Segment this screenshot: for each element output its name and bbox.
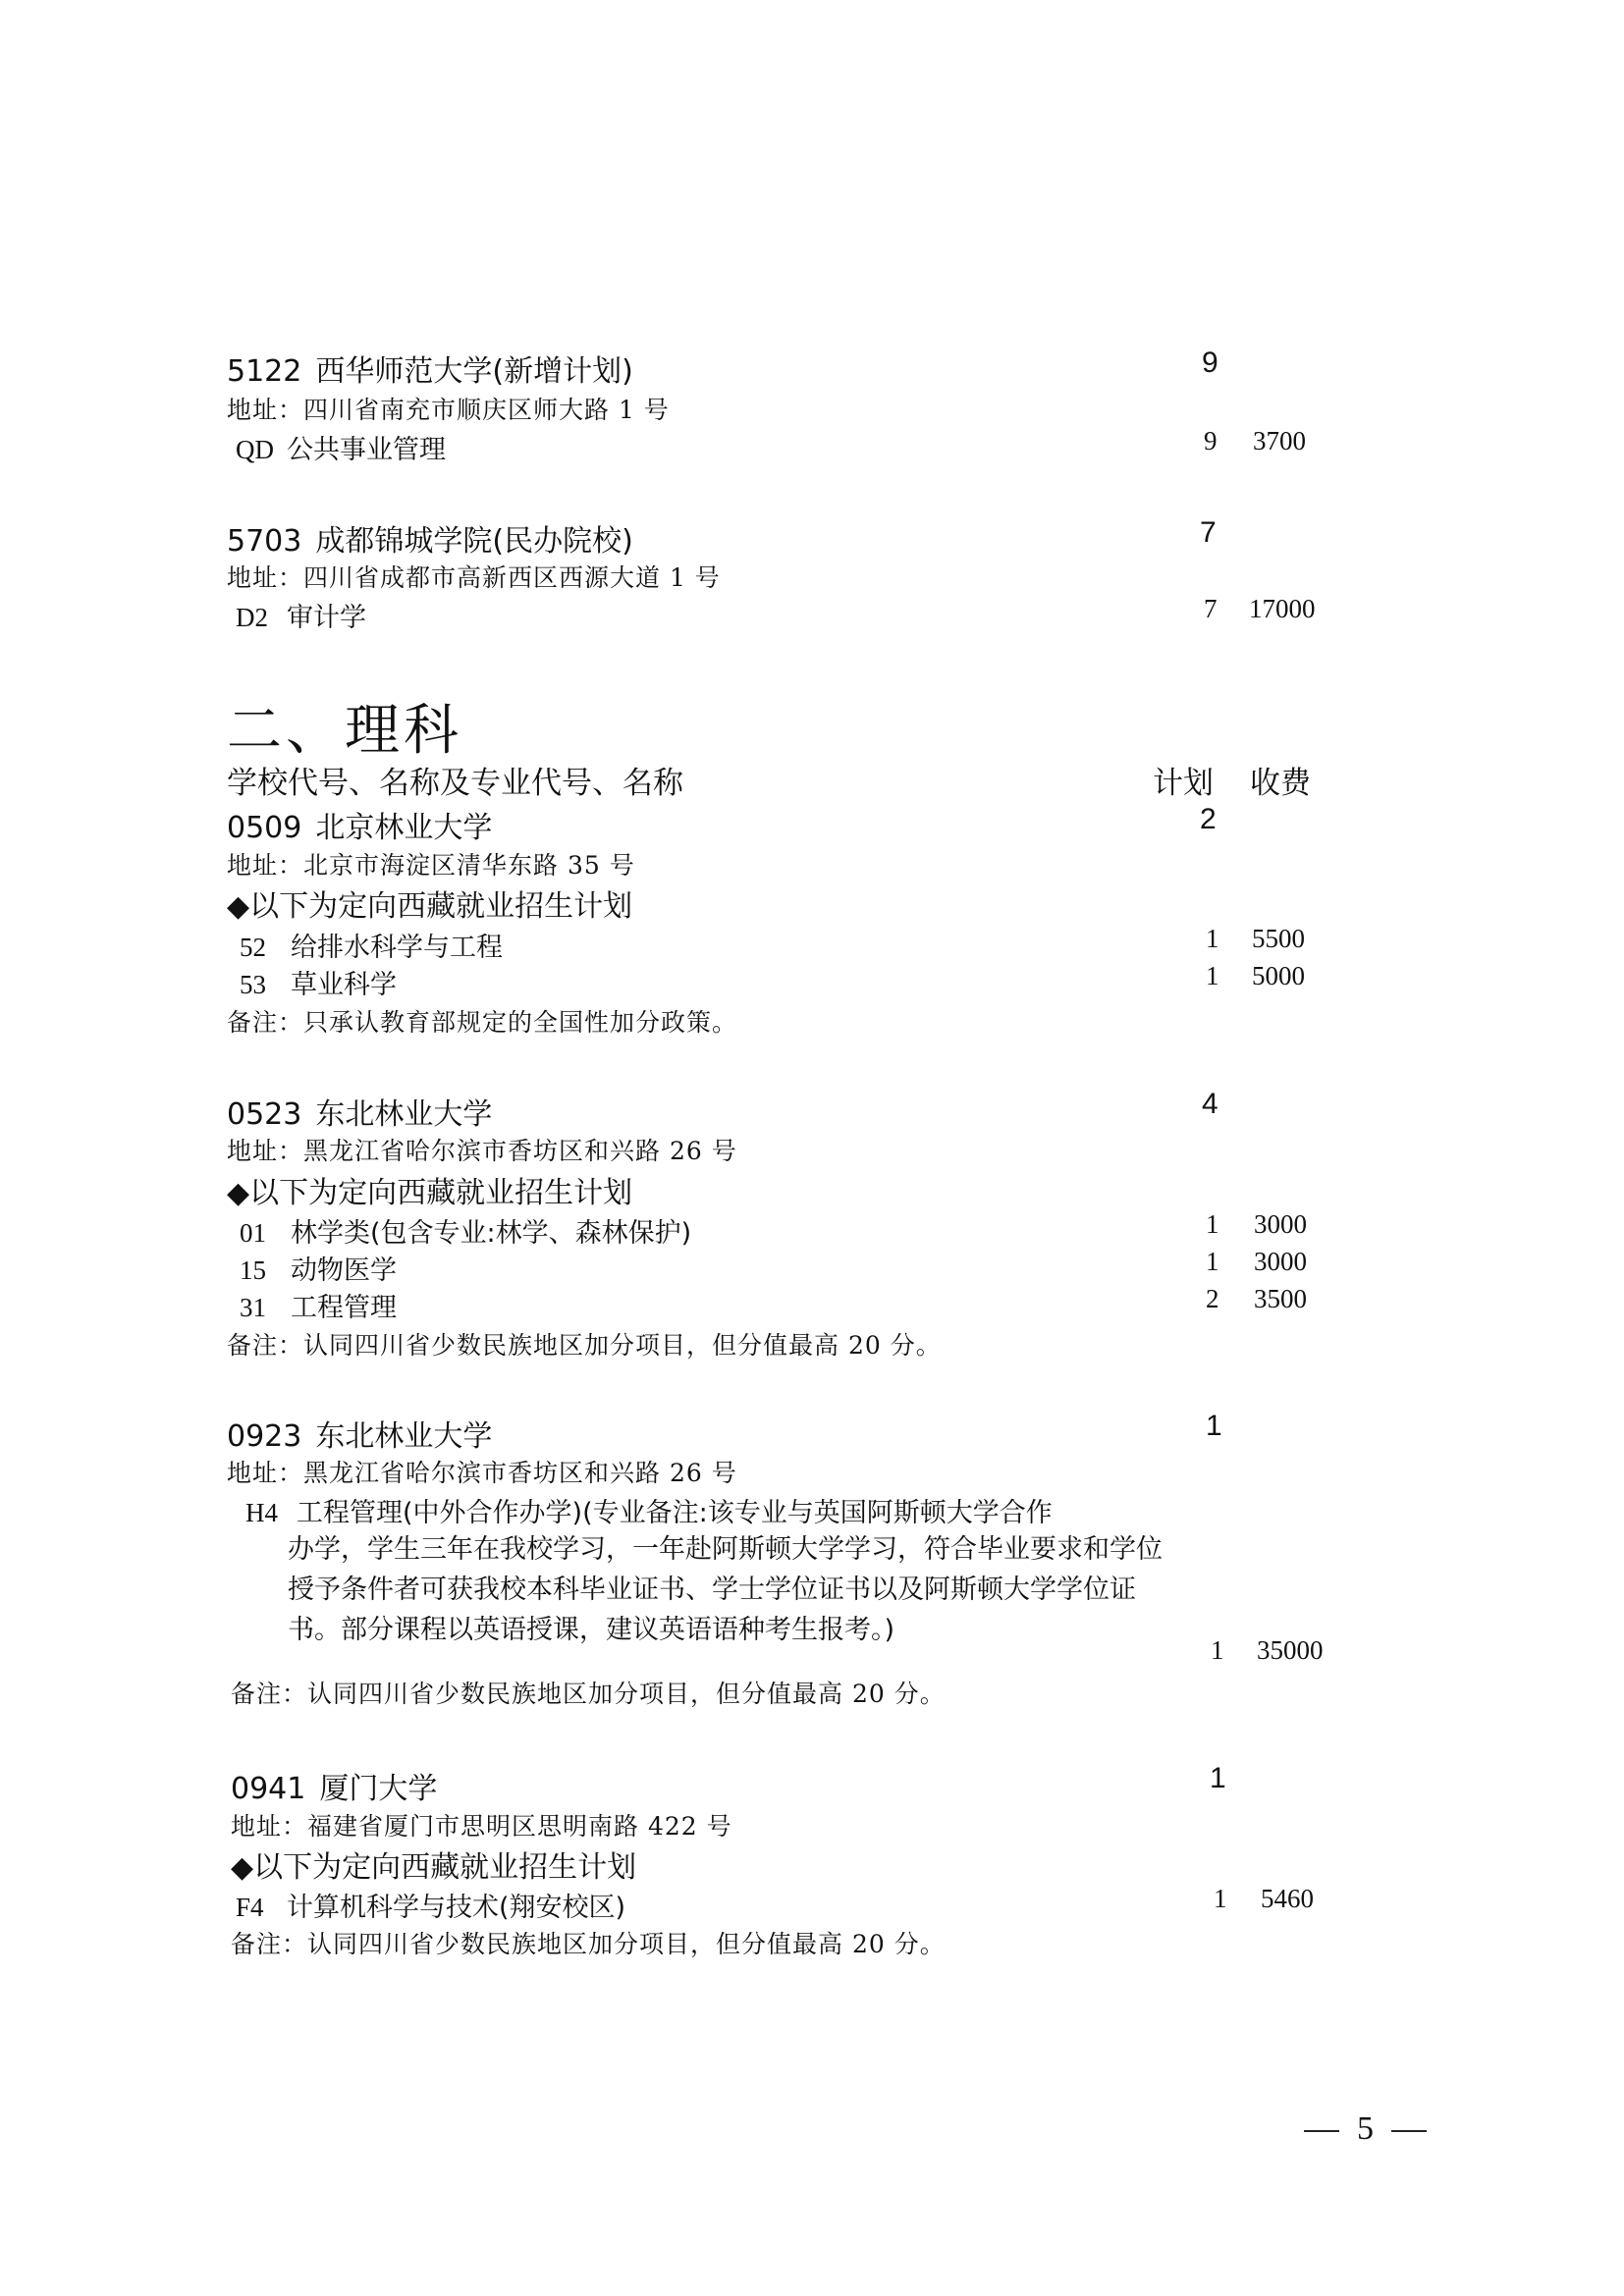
major-row: 31工程管理 [240, 1286, 397, 1324]
tibet-plan-label: ◆以下为定向西藏就业招生计划 [227, 881, 632, 925]
major-plan: 1 [1206, 924, 1219, 954]
school-plan: 9 [1202, 347, 1218, 380]
section-title: 二、理科 [227, 687, 462, 766]
column-header-name: 学校代号、名称及专业代号、名称 [227, 758, 683, 802]
dash-right [1391, 2130, 1427, 2132]
major-name: 工程管理(中外合作办学)(专业备注:该专业与英国阿斯顿大学合作 [297, 1498, 1053, 1528]
major-fee: 3000 [1254, 1247, 1307, 1277]
major-plan: 1 [1211, 1635, 1224, 1666]
major-code: 53 [240, 970, 283, 1000]
school-name: 北京林业大学 [315, 811, 492, 845]
school-heading-5703: 5703成都锦城学院(民办院校) [227, 516, 633, 560]
column-header-plan: 计划 [1153, 758, 1214, 802]
major-row: 53草业科学 [240, 963, 397, 1001]
major-name: 林学类(包含专业:林学、森林保护) [291, 1218, 691, 1249]
major-name: 审计学 [287, 603, 366, 633]
major-plan: 2 [1206, 1284, 1219, 1314]
school-name: 厦门大学 [319, 1772, 437, 1806]
school-plan: 1 [1206, 1410, 1222, 1443]
tibet-plan-label: ◆以下为定向西藏就业招生计划 [231, 1842, 636, 1886]
school-name: 西华师范大学(新增计划) [315, 354, 632, 389]
tibet-plan-label: ◆以下为定向西藏就业招生计划 [227, 1168, 632, 1211]
major-name: 公共事业管理 [287, 435, 446, 465]
major-code: QD [236, 435, 279, 465]
school-name: 东北林业大学 [315, 1097, 492, 1132]
school-note: 备注：认同四川省少数民族地区加分项目，但分值最高 20 分。 [231, 1675, 946, 1710]
school-note: 备注：只承认教育部规定的全国性加分政策。 [227, 1003, 737, 1039]
major-fee: 5500 [1252, 924, 1305, 954]
school-plan: 4 [1202, 1088, 1218, 1121]
major-row: QD公共事业管理 [236, 428, 446, 466]
school-address: 地址：四川省南充市顺庆区师大路 1 号 [227, 391, 670, 426]
school-heading-0923: 0923东北林业大学 [227, 1412, 492, 1455]
school-address: 地址：福建省厦门市思明区思明南路 422 号 [231, 1807, 732, 1842]
school-name: 东北林业大学 [315, 1419, 492, 1454]
school-heading-0941: 0941厦门大学 [231, 1764, 437, 1807]
major-row: F4计算机科学与技术(翔安校区) [236, 1886, 625, 1924]
school-address: 地址：北京市海淀区清华东路 35 号 [227, 846, 635, 881]
major-code: H4 [245, 1498, 289, 1528]
major-code: 31 [240, 1293, 283, 1323]
major-row: 01林学类(包含专业:林学、森林保护) [240, 1211, 691, 1250]
major-code: 15 [240, 1255, 283, 1286]
major-name: 给排水科学与工程 [291, 933, 503, 963]
major-row: H4工程管理(中外合作办学)(专业备注:该专业与英国阿斯顿大学合作 [245, 1491, 1053, 1529]
school-code: 5703 [227, 524, 301, 559]
major-fee: 5460 [1261, 1884, 1314, 1914]
page-number: 5 [1286, 2110, 1444, 2148]
page-number-value: 5 [1357, 2110, 1374, 2147]
major-plan: 1 [1214, 1884, 1227, 1914]
column-header-fee: 收费 [1250, 758, 1311, 802]
major-fee: 5000 [1252, 961, 1305, 991]
major-fee: 3000 [1254, 1209, 1307, 1240]
major-plan: 7 [1204, 594, 1218, 624]
major-plan: 9 [1204, 426, 1218, 456]
major-code: F4 [236, 1893, 279, 1923]
school-code: 0509 [227, 811, 301, 845]
major-code: 01 [240, 1218, 283, 1249]
school-address: 地址：黑龙江省哈尔滨市香坊区和兴路 26 号 [227, 1132, 737, 1167]
school-heading-0523: 0523东北林业大学 [227, 1090, 492, 1133]
school-code: 0923 [227, 1419, 301, 1454]
dash-left [1304, 2130, 1339, 2132]
school-plan: 1 [1210, 1762, 1226, 1795]
major-plan: 1 [1206, 1247, 1219, 1277]
major-name: 动物医学 [291, 1255, 397, 1286]
school-code: 0523 [227, 1097, 301, 1132]
major-name: 工程管理 [291, 1293, 397, 1323]
school-code: 0941 [231, 1772, 305, 1806]
school-plan: 2 [1200, 803, 1217, 836]
major-code: 52 [240, 933, 283, 963]
major-plan: 1 [1206, 961, 1219, 991]
major-name: 计算机科学与技术(翔安校区) [287, 1893, 625, 1923]
major-fee: 35000 [1257, 1635, 1324, 1666]
school-name: 成都锦城学院(民办院校) [315, 524, 632, 559]
major-plan: 1 [1206, 1209, 1219, 1240]
school-heading-5122: 5122西华师范大学(新增计划) [227, 347, 633, 390]
major-fee: 17000 [1249, 594, 1316, 624]
major-row: 52给排水科学与工程 [240, 926, 503, 964]
major-name: 草业科学 [291, 970, 397, 1000]
school-note: 备注：认同四川省少数民族地区加分项目，但分值最高 20 分。 [227, 1326, 942, 1362]
school-address: 地址：四川省成都市高新西区西源大道 1 号 [227, 559, 721, 594]
school-plan: 7 [1200, 516, 1217, 550]
school-code: 5122 [227, 354, 301, 389]
major-fee: 3700 [1253, 426, 1306, 456]
major-code: D2 [236, 603, 279, 633]
major-fee: 3500 [1254, 1284, 1307, 1314]
major-description: 办学，学生三年在我校学习，一年赴阿斯顿大学学习，符合毕业要求和学位授予条件者可获… [288, 1529, 1171, 1650]
major-row: D2审计学 [236, 596, 366, 634]
school-heading-0509: 0509北京林业大学 [227, 803, 492, 846]
school-note: 备注：认同四川省少数民族地区加分项目，但分值最高 20 分。 [231, 1925, 946, 1960]
major-row: 15动物医学 [240, 1249, 397, 1287]
school-address: 地址：黑龙江省哈尔滨市香坊区和兴路 26 号 [227, 1454, 737, 1489]
